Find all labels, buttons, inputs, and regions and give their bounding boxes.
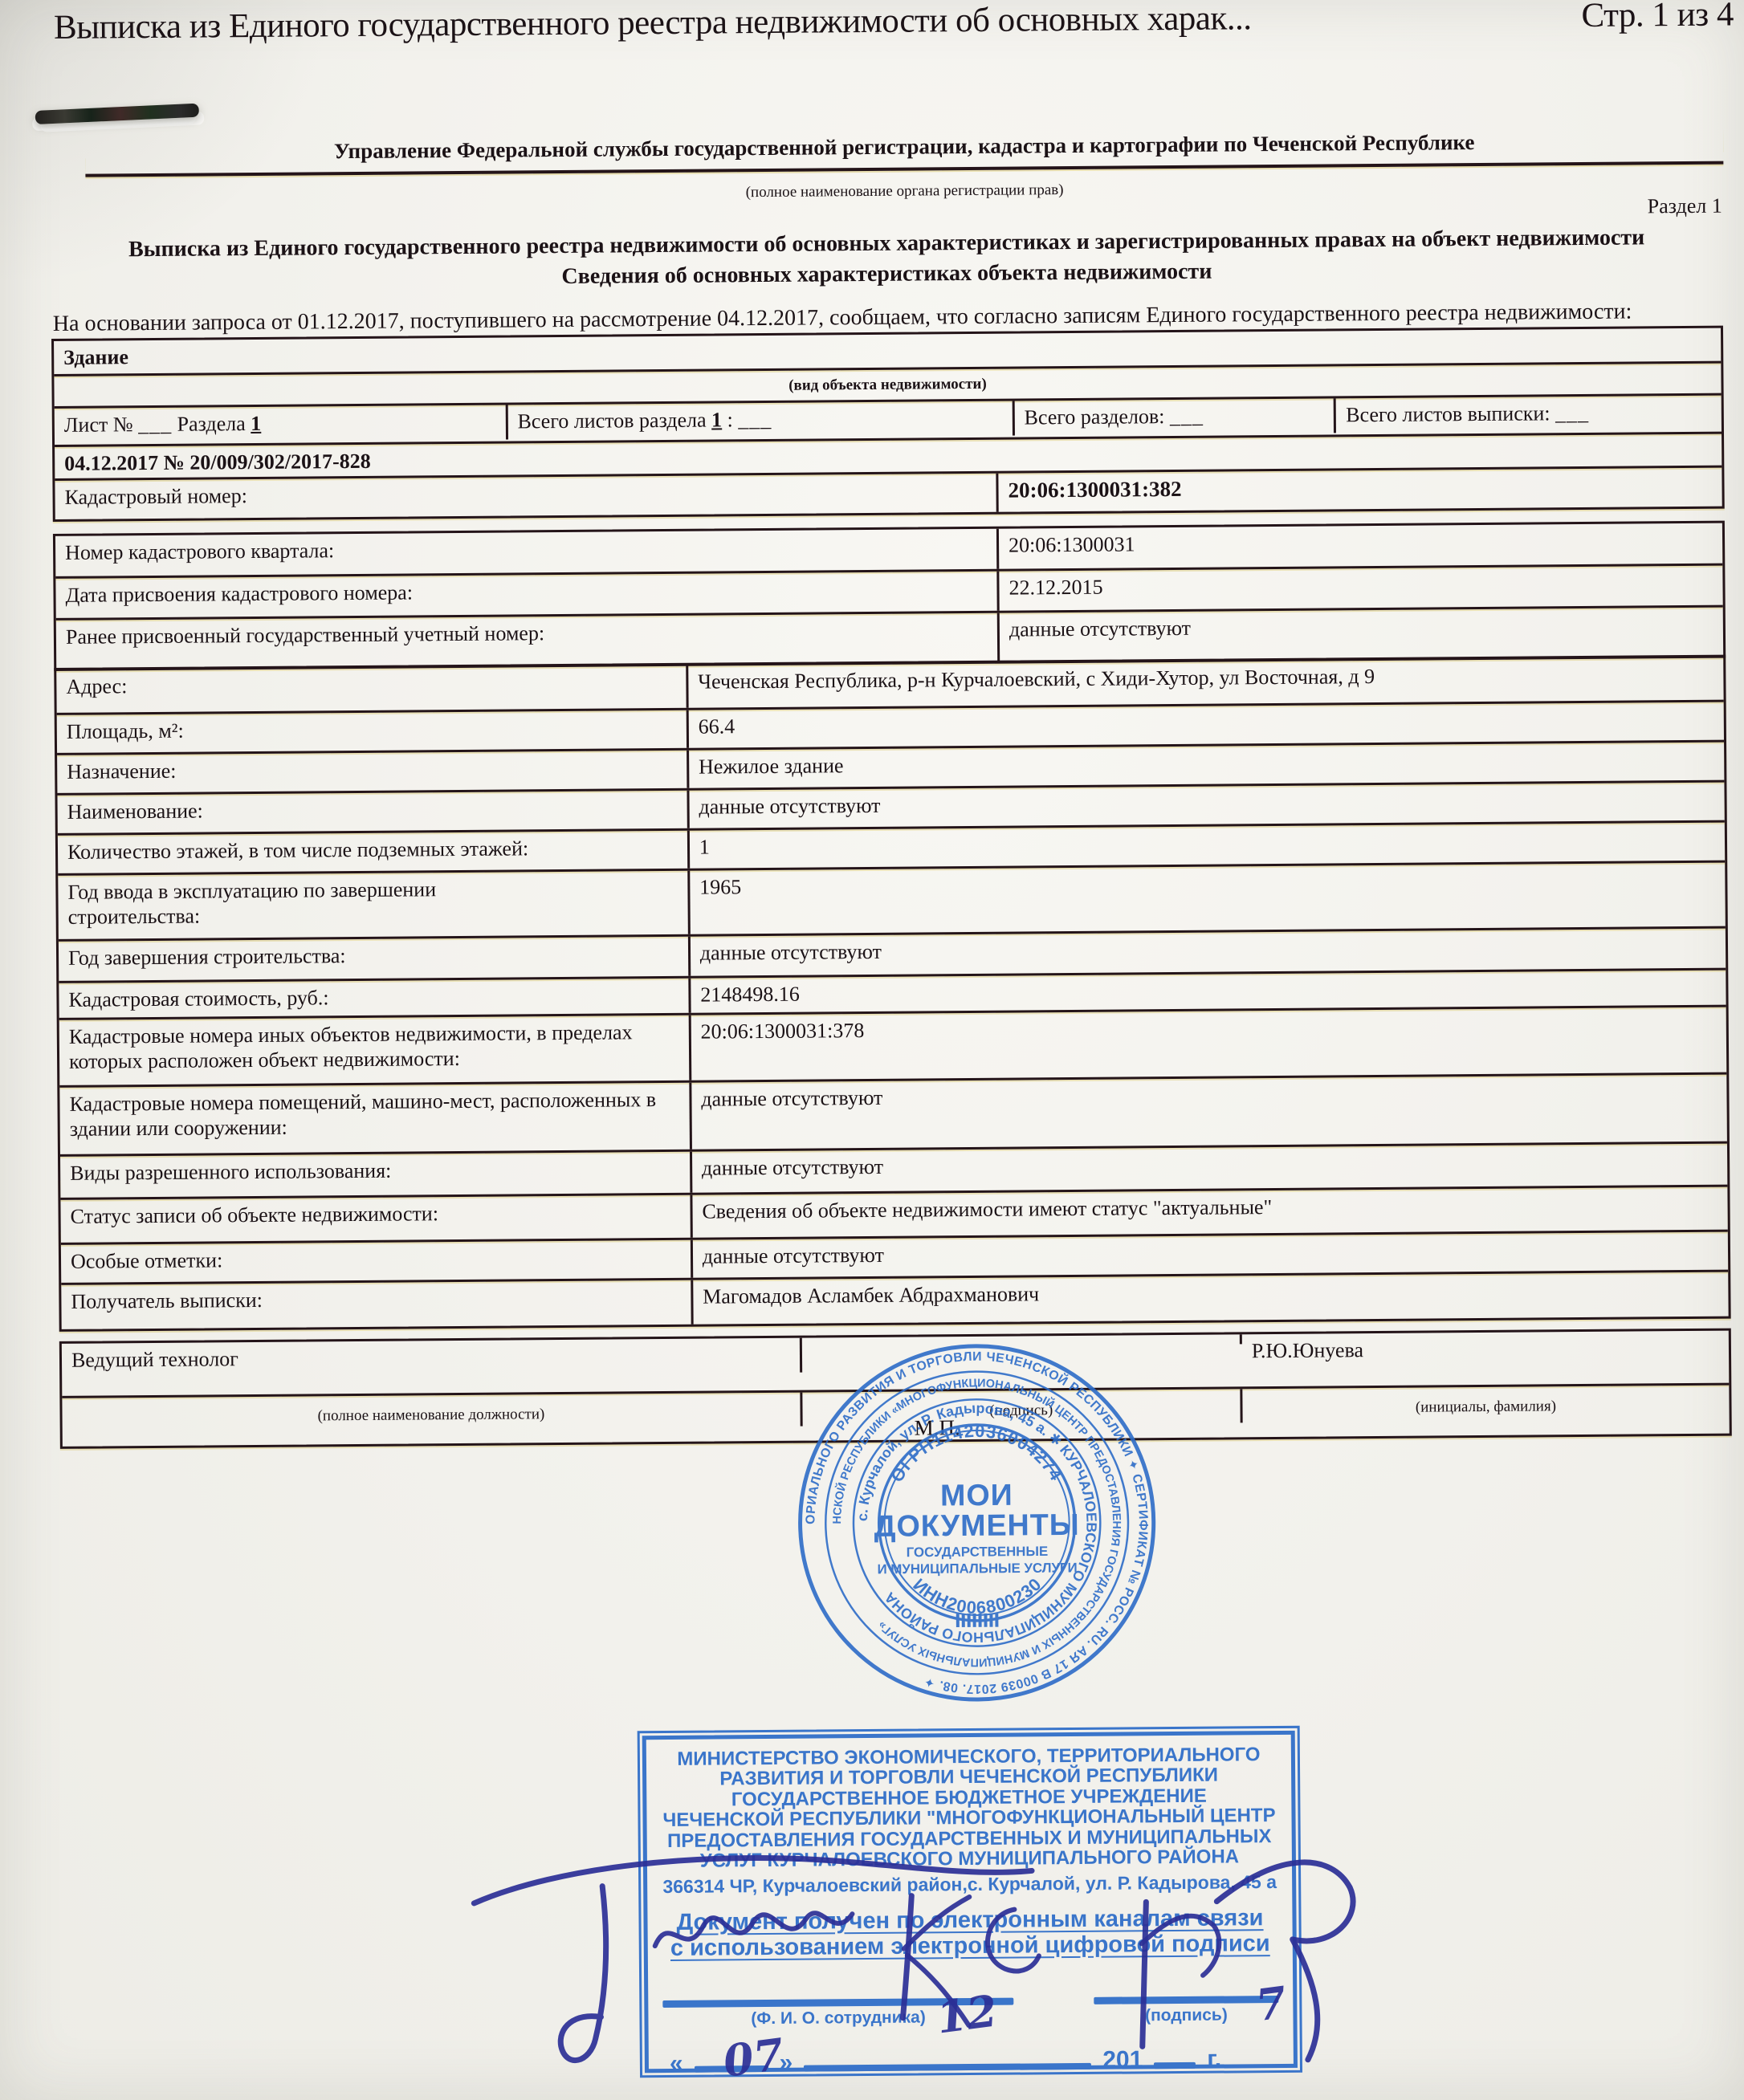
sheets-total-colon: : [727, 408, 733, 431]
signature-area: (подпись) [1094, 1996, 1278, 2026]
stamp-center-line3: ГОСУДАРСТВЕННЫЕ [907, 1544, 1049, 1560]
stamp-center-line4: И МУНИЦИПАЛЬНЫЕ УСЛУГИ [877, 1560, 1077, 1577]
table-row-premises-numbers: Кадастровые номера помещений, машино-мес… [59, 1075, 1727, 1157]
stamp-inn-text: ИНН2006800230 [909, 1573, 1045, 1618]
row-label: Количество этажей, в том числе подземных… [58, 831, 690, 873]
row-label: Виды разрешенного использования: [60, 1152, 692, 1198]
position-cell: Ведущий технолог [62, 1338, 802, 1378]
section-number: 1 [251, 412, 261, 435]
row-value: данные отсутствуют [691, 1075, 1726, 1117]
handwritten-year-digit: 7 [1253, 1976, 1290, 2031]
sheet-blank: ___ [138, 413, 172, 436]
row-value: Магомадов Асламбек Абдрахманович [693, 1272, 1728, 1315]
row-value: данные отсутствуют [693, 1232, 1728, 1275]
row-label-text: Год ввода в эксплуатацию по завершении с… [67, 877, 533, 930]
position-caption: (полное наименование должности) [62, 1393, 802, 1433]
row-value: Чеченская Республика, р-н Курчалоевский,… [688, 657, 1723, 700]
row-value: данные отсутствуют [1000, 608, 1723, 648]
object-kind-table: Здание (вид объекта недвижимости) Лист №… [51, 326, 1725, 522]
stamp-address-line: 366314 ЧР, Курчалоевский район,с. Курчал… [647, 1871, 1292, 1898]
sheets-total-number: 1 [711, 408, 722, 431]
row-label: Ранее присвоенный государственный учетны… [56, 613, 1000, 669]
sections-total-label: Всего разделов: [1024, 405, 1164, 429]
page-indicator: Стр. 1 из 4 [1581, 0, 1734, 35]
object-characteristics-table: Адрес: Чеченская Республика, р-н Курчало… [54, 655, 1730, 1332]
cadastral-number-label: Кадастровый номер: [55, 474, 998, 519]
stamp-center-line1: МОИ [940, 1478, 1013, 1512]
table-row-other-object-numbers: Кадастровые номера иных объектов недвижи… [59, 1007, 1727, 1088]
extract-sheets-label: Всего листов выписки: [1346, 401, 1550, 426]
row-value: данные отсутствуют [692, 1144, 1727, 1186]
extract-sheets-blank: ___ [1555, 401, 1589, 425]
year-blank-line [1154, 2062, 1196, 2069]
row-label: Номер кадастрового квартала: [55, 529, 999, 576]
cadastral-number-value: 20:06:1300031:382 [998, 468, 1722, 509]
staple-mark [35, 104, 200, 124]
sheet-label: Лист № [64, 413, 133, 437]
row-label: Площадь, м²: [57, 710, 689, 753]
row-label: Адрес: [56, 665, 688, 713]
sheets-total-blank: ___ [738, 408, 772, 431]
sections-total-blank: ___ [1170, 405, 1204, 428]
row-value: Сведения об объекте недвижимости имеют с… [692, 1187, 1727, 1230]
stamp-barcode-mark [956, 1614, 1000, 1627]
handwritten-month: 12 [934, 1984, 1000, 2043]
month-blank-line [804, 2063, 1091, 2072]
row-value: 20:06:1300031:378 [691, 1007, 1726, 1050]
row-label: Назначение: [57, 751, 689, 793]
year-suffix: г. [1207, 2046, 1221, 2074]
row-label: Дата присвоения кадастрового номера: [55, 572, 999, 618]
sheets-total-cell: Всего листов раздела 1 : ___ [507, 401, 1014, 440]
sections-total-cell: Всего разделов: ___ [1014, 398, 1336, 435]
stamp-title-lines: МИНИСТЕРСТВО ЭКОНОМИЧЕСКОГО, ТЕРРИТОРИАЛ… [646, 1735, 1292, 1872]
print-header: Выписка из Единого государственного реес… [54, 0, 1734, 47]
row-label: Особые отметки: [61, 1240, 693, 1283]
section-word: Раздела [177, 412, 246, 436]
quote-open: « [670, 2050, 683, 2078]
paper-sheet: Выписка из Единого государственного реес… [0, 0, 1744, 2100]
round-official-stamp: МИНИСТЕРСТВО ЭКОНОМИЧЕСКОГО, ТЕРРИТОРИАЛ… [793, 1338, 1162, 1707]
name-cell: Р.Ю.Юнуева [1242, 1331, 1730, 1369]
name-caption: (инициалы, фамилия) [1242, 1386, 1730, 1423]
row-value: 1965 [690, 863, 1725, 906]
document-title-truncated: Выписка из Единого государственного реес… [54, 0, 1252, 47]
extract-sheets-cell: Всего листов выписки: ___ [1336, 396, 1722, 433]
scanned-document-page: Выписка из Единого государственного реес… [0, 0, 1744, 2100]
row-value: 66.4 [688, 702, 1723, 745]
year-prefix: 201 [1102, 2047, 1143, 2074]
registration-authority-name: Управление Федеральной службы государств… [85, 128, 1723, 177]
row-value: 1 [690, 823, 1725, 865]
row-value: данные отсутствуют [691, 929, 1726, 971]
stamp-line: УСЛУГ КУРЧАЛОЕВСКОГО МУНИЦИПАЛЬНОГО РАЙО… [647, 1846, 1292, 1872]
row-label: Получатель выписки: [61, 1280, 693, 1329]
row-label: Год ввода в эксплуатацию по завершении с… [58, 871, 690, 939]
sheet-number-cell: Лист № ___ Раздела 1 [55, 405, 508, 443]
signature-line [1094, 1996, 1278, 2004]
row-value: 22.12.2015 [999, 566, 1722, 606]
row-label: Статус записи об объекте недвижимости: [60, 1195, 692, 1243]
row-label: Кадастровая стоимость, руб.: [59, 979, 691, 1018]
signature-caption: (подпись) [1094, 2005, 1278, 2026]
row-label: Наименование: [57, 791, 689, 833]
sheets-total-label: Всего листов раздела [517, 409, 706, 433]
row-label: Год завершения строительства: [59, 937, 691, 981]
cadastral-quarter-table: Номер кадастрового квартала: 20:06:13000… [53, 521, 1726, 671]
row-value: данные отсутствуют [689, 783, 1724, 825]
stamp-received-note: Документ получен по электронным каналам … [647, 1906, 1292, 1962]
row-value: 2148498.16 [691, 971, 1726, 1013]
row-value: 20:06:1300031 [999, 523, 1722, 564]
row-value: Нежилое здание [689, 743, 1724, 785]
row-label: Кадастровые номера помещений, машино-мес… [59, 1083, 691, 1154]
stamp-center-line2: ДОКУМЕНТЫ [874, 1508, 1080, 1543]
row-label: Кадастровые номера иных объектов недвижи… [59, 1015, 691, 1085]
received-line2: с использованием электронной цифровой по… [648, 1931, 1293, 1961]
handwritten-day: 07 [720, 2029, 787, 2087]
